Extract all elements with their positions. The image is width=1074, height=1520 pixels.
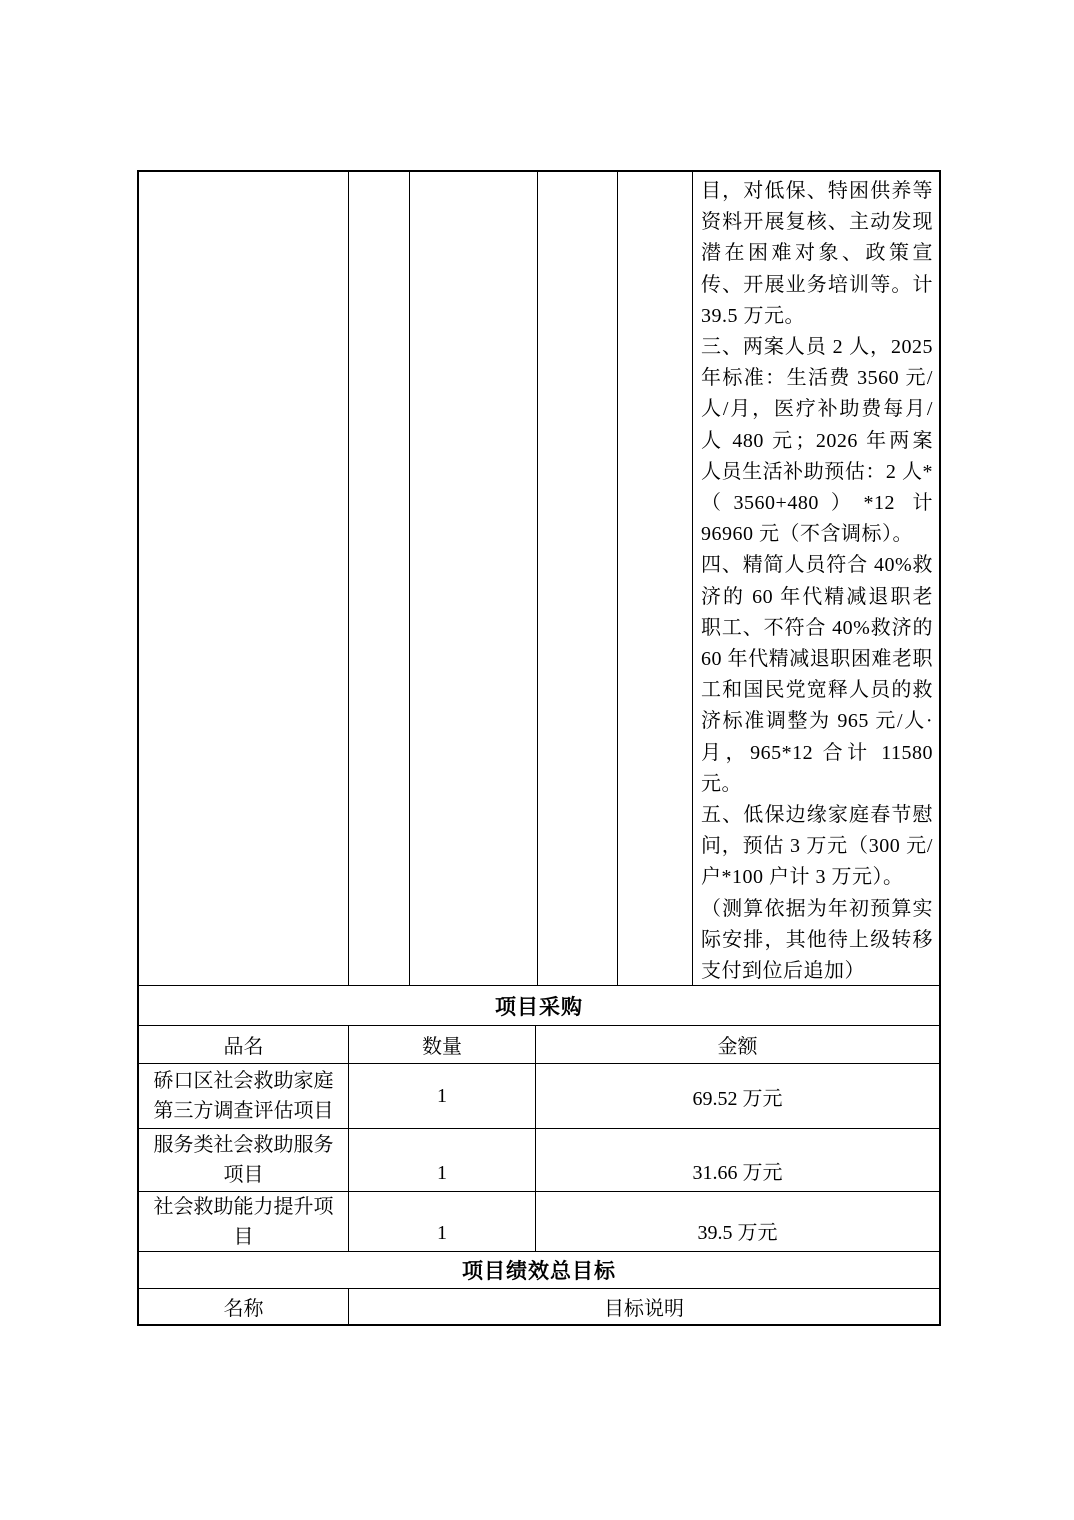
notes-paragraph: 目，对低保、特困供养等资料开展复核、主动发现潜在困难对象、政策宣传、开展业务培训… [701,176,933,332]
col-header-amount: 金额 [535,1026,939,1063]
procurement-header-row: 品名 数量 金额 [139,1025,939,1063]
table-continuation-section: 目，对低保、特困供养等资料开展复核、主动发现潜在困难对象、政策宣传、开展业务培训… [139,172,939,985]
perf-col-header-description: 目标说明 [348,1289,939,1324]
procurement-item-name: 服务类社会救助服务项目 [139,1129,348,1191]
procurement-item-amount: 31.66 万元 [535,1129,939,1191]
procurement-item-quantity: 1 [348,1192,535,1251]
notes-paragraph: 三、两案人员 2 人，2025 年标准：生活费 3560 元/人/月，医疗补助费… [701,332,933,550]
notes-paragraph: 五、低保边缘家庭春节慰问，预估 3 万元（300 元/户*100 户计 3 万元… [701,800,933,894]
empty-cell-mid [409,172,537,985]
budget-table: 目，对低保、特困供养等资料开展复核、主动发现潜在困难对象、政策宣传、开展业务培训… [137,170,941,1326]
procurement-item-quantity: 1 [348,1064,535,1128]
col-header-quantity: 数量 [348,1026,535,1063]
performance-header-row: 名称 目标说明 [139,1288,939,1324]
performance-section-title: 项目绩效总目标 [139,1251,939,1288]
notes-paragraph: 四、精简人员符合 40%救济的 60 年代精减退职老职工、不符合 40%救济的 … [701,550,933,800]
performance-section-title-text: 项目绩效总目标 [462,1255,616,1285]
notes-paragraph: （测算依据为年初预算实际安排，其他待上级转移支付到位后追加） [701,894,933,985]
calculation-basis-cell: 目，对低保、特困供养等资料开展复核、主动发现潜在困难对象、政策宣传、开展业务培训… [692,172,939,985]
procurement-item-name: 社会救助能力提升项目 [139,1192,348,1251]
col-header-name: 品名 [139,1026,348,1063]
empty-cell-narrow [348,172,409,985]
procurement-item-name: 硚口区社会救助家庭第三方调查评估项目 [139,1064,348,1128]
perf-col-header-name: 名称 [139,1289,348,1324]
procurement-row: 服务类社会救助服务项目 1 31.66 万元 [139,1128,939,1191]
procurement-section-title: 项目采购 [139,985,939,1025]
document-page: 目，对低保、特困供养等资料开展复核、主动发现潜在困难对象、政策宣传、开展业务培训… [0,0,1074,1520]
empty-cell-small [537,172,617,985]
procurement-item-quantity: 1 [348,1129,535,1191]
empty-cell-project [139,172,348,985]
empty-cell-small-2 [617,172,692,985]
procurement-item-amount: 39.5 万元 [535,1192,939,1251]
procurement-row: 硚口区社会救助家庭第三方调查评估项目 1 69.52 万元 [139,1063,939,1128]
procurement-row: 社会救助能力提升项目 1 39.5 万元 [139,1191,939,1251]
procurement-section-title-text: 项目采购 [495,991,583,1021]
procurement-item-amount: 69.52 万元 [535,1064,939,1128]
